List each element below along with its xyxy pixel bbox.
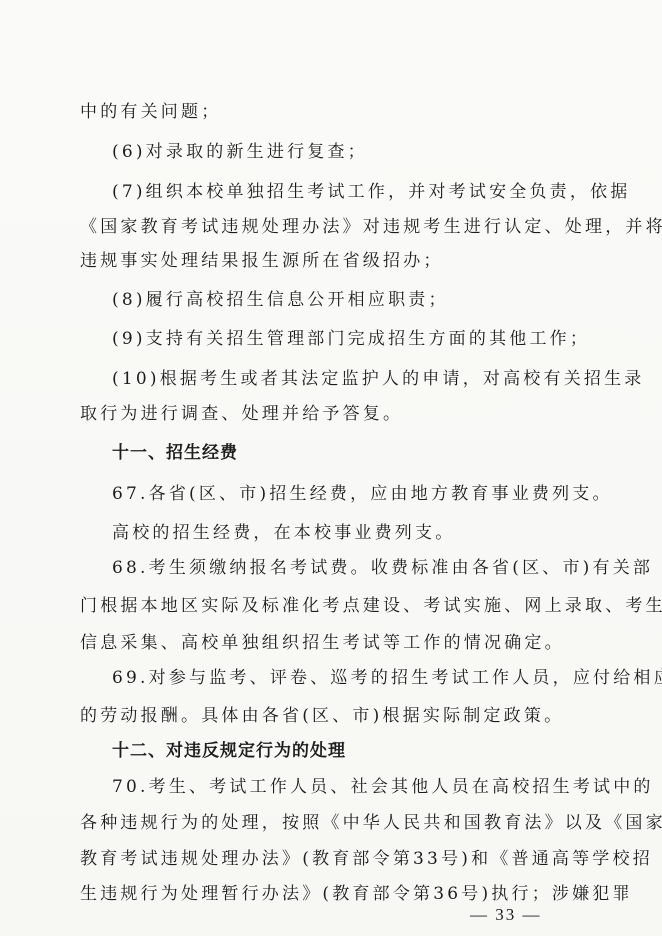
document-page: 中的有关问题； (6)对录取的新生进行复查； (7)组织本校单独招生考试工作，并… bbox=[0, 0, 662, 936]
list-item-8: (8)履行高校招生信息公开相应职责； bbox=[112, 289, 612, 311]
list-item-9: (9)支持有关招生管理部门完成招生方面的其他工作； bbox=[112, 328, 612, 350]
section-heading-12: 十二、对违反规定行为的处理 bbox=[112, 740, 612, 762]
paragraph-line: 高校的招生经费，在本校事业费列支。 bbox=[112, 522, 612, 544]
article-69: 69.对参与监考、评卷、巡考的招生考试工作人员，应付给相应 bbox=[112, 667, 612, 689]
paragraph-line: 教育考试违规处理办法》(教育部令第33号)和《普通高等学校招 bbox=[80, 848, 580, 870]
paragraph-line: 生违规行为处理暂行办法》(教育部令第36号)执行；涉嫌犯罪 bbox=[80, 883, 580, 905]
paragraph-line: 的劳动报酬。具体由各省(区、市)根据实际制定政策。 bbox=[80, 705, 580, 727]
paragraph-line: 各种违规行为的处理，按照《中华人民共和国教育法》以及《国家 bbox=[80, 812, 580, 834]
list-item-10: (10)根据考生或者其法定监护人的申请，对高校有关招生录 bbox=[112, 368, 612, 390]
paragraph-line: 门根据本地区实际及标准化考点建设、考试实施、网上录取、考生 bbox=[80, 595, 580, 617]
article-67: 67.各省(区、市)招生经费，应由地方教育事业费列支。 bbox=[112, 483, 612, 505]
paragraph-line: 信息采集、高校单独组织招生考试等工作的情况确定。 bbox=[80, 632, 580, 654]
list-item-6: (6)对录取的新生进行复查； bbox=[112, 141, 612, 163]
article-68: 68.考生须缴纳报名考试费。收费标准由各省(区、市)有关部 bbox=[112, 557, 612, 579]
paragraph-line: 《国家教育考试违规处理办法》对违规考生进行认定、处理，并将 bbox=[80, 216, 580, 238]
list-item-7: (7)组织本校单独招生考试工作，并对考试安全负责，依据 bbox=[112, 181, 612, 203]
article-70: 70.考生、考试工作人员、社会其他人员在高校招生考试中的 bbox=[112, 776, 612, 798]
paragraph-line: 违规事实处理结果报生源所在省级招办； bbox=[80, 250, 580, 272]
paragraph-line: 中的有关问题； bbox=[80, 101, 580, 123]
paragraph-line: 取行为进行调查、处理并给予答复。 bbox=[80, 403, 580, 425]
section-heading-11: 十一、招生经费 bbox=[112, 442, 612, 464]
page-number: — 33 — bbox=[470, 905, 542, 925]
